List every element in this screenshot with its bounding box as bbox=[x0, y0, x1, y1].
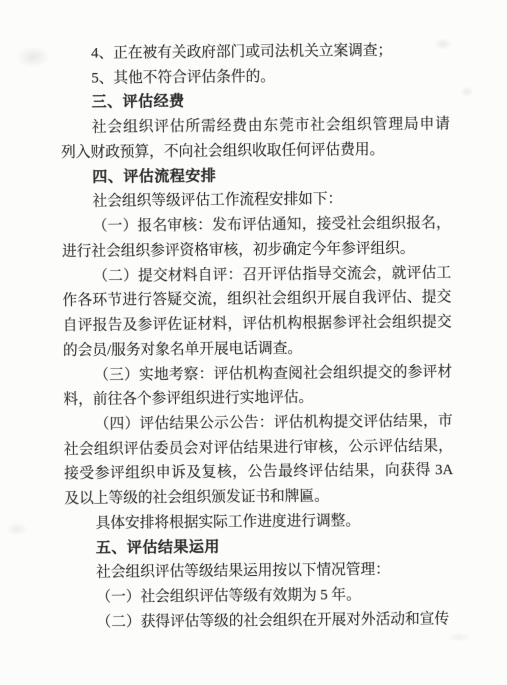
text-line: 社会组织等级评估工作流程安排如下： bbox=[61, 187, 450, 215]
text-line: 的会员/服务对象名单开展电话调查。 bbox=[63, 335, 452, 363]
text-line: （三）实地考察：评估机构查阅社会组织提交的参评材 bbox=[63, 360, 452, 388]
text-line: 具体安排将根据实际工作进度进行调整。 bbox=[65, 508, 454, 536]
text-line: 料，前往各个参评组织进行实地评估。 bbox=[63, 384, 452, 412]
text-line: 社会组织评估委员会对评估结果进行审核，公示评估结果， bbox=[64, 434, 453, 462]
scan-smudge bbox=[446, 632, 472, 642]
text-line: 4、正在被有关政府部门或司法机关立案调查； bbox=[60, 38, 449, 66]
text-line: 5、其他不符合评估条件的。 bbox=[60, 63, 449, 91]
text-line: 作各环节进行答疑交流，组织社会组织开展自我评估、提交 bbox=[62, 285, 451, 313]
text-line: （二）获得评估等级的社会组织在开展对外活动和宣传 bbox=[65, 607, 454, 635]
scan-smudge bbox=[460, 86, 474, 97]
section-heading: 四、评估流程安排 bbox=[61, 162, 450, 190]
document-text: 4、正在被有关政府部门或司法机关立案调查；5、其他不符合评估条件的。三、评估经费… bbox=[60, 38, 455, 635]
scan-smudge bbox=[6, 522, 28, 536]
section-heading: 三、评估经费 bbox=[60, 88, 449, 116]
text-line: （二）提交材料自评：召开评估指导交流会，就评估工 bbox=[62, 261, 451, 289]
text-line: （四）评估结果公示公告：评估机构提交评估结果，市 bbox=[64, 409, 453, 437]
text-line: 社会组织评估等级结果运用按以下情况管理： bbox=[65, 558, 454, 586]
text-line: 自评报告及参评佐证材料，评估机构根据参评社会组织提交 bbox=[63, 310, 452, 338]
text-line: 列入财政预算，不向社会组织收取任何评估费用。 bbox=[61, 137, 450, 165]
text-line: （一）报名审核：发布评估通知，接受社会组织报名， bbox=[62, 211, 451, 239]
text-line: （一）社会组织评估等级有效期为 5 年。 bbox=[65, 582, 454, 610]
text-line: 进行社会组织参评资格审核，初步确定今年参评组织。 bbox=[62, 236, 451, 264]
text-line: 社会组织评估所需经费由东莞市社会组织管理局申请 bbox=[61, 112, 450, 140]
section-heading: 五、评估结果运用 bbox=[65, 533, 454, 561]
text-line: 接受参评组织申诉及复核，公告最终评估结果，向获得 3A bbox=[64, 459, 453, 487]
text-line: 及以上等级的社会组织颁发证书和牌匾。 bbox=[64, 483, 453, 511]
scanned-document-page: 4、正在被有关政府部门或司法机关立案调查；5、其他不符合评估条件的。三、评估经费… bbox=[0, 0, 507, 685]
scan-smudge bbox=[16, 46, 50, 68]
